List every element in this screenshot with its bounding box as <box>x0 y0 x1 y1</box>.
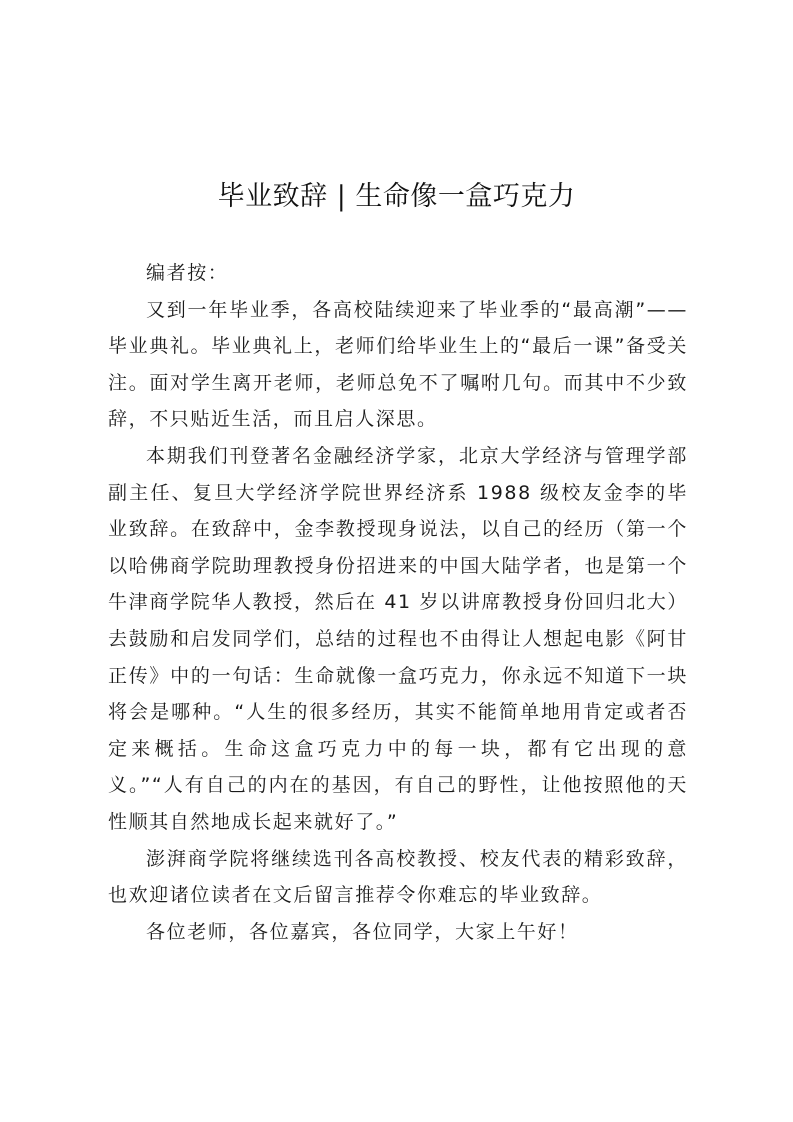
paragraph-greeting: 各位老师，各位嘉宾，各位同学，大家上午好！ <box>108 914 688 951</box>
editor-note-label: 编者按： <box>108 255 688 292</box>
paragraph-speaker-intro: 本期我们刊登著名金融经济学家，北京大学经济与管理学部副主任、复旦大学经济学院世界… <box>108 438 688 841</box>
paragraph-intro: 又到一年毕业季，各高校陆续迎来了毕业季的“最高潮”——毕业典礼。毕业典礼上，老师… <box>108 292 688 438</box>
document-page: 毕业致辞 | 生命像一盒巧克力 编者按： 又到一年毕业季，各高校陆续迎来了毕业季… <box>0 0 793 1122</box>
document-title: 毕业致辞 | 生命像一盒巧克力 <box>0 178 793 216</box>
document-body: 编者按： 又到一年毕业季，各高校陆续迎来了毕业季的“最高潮”——毕业典礼。毕业典… <box>108 255 688 950</box>
paragraph-call-for-submissions: 澎湃商学院将继续选刊各高校教授、校友代表的精彩致辞，也欢迎诸位读者在文后留言推荐… <box>108 841 688 914</box>
